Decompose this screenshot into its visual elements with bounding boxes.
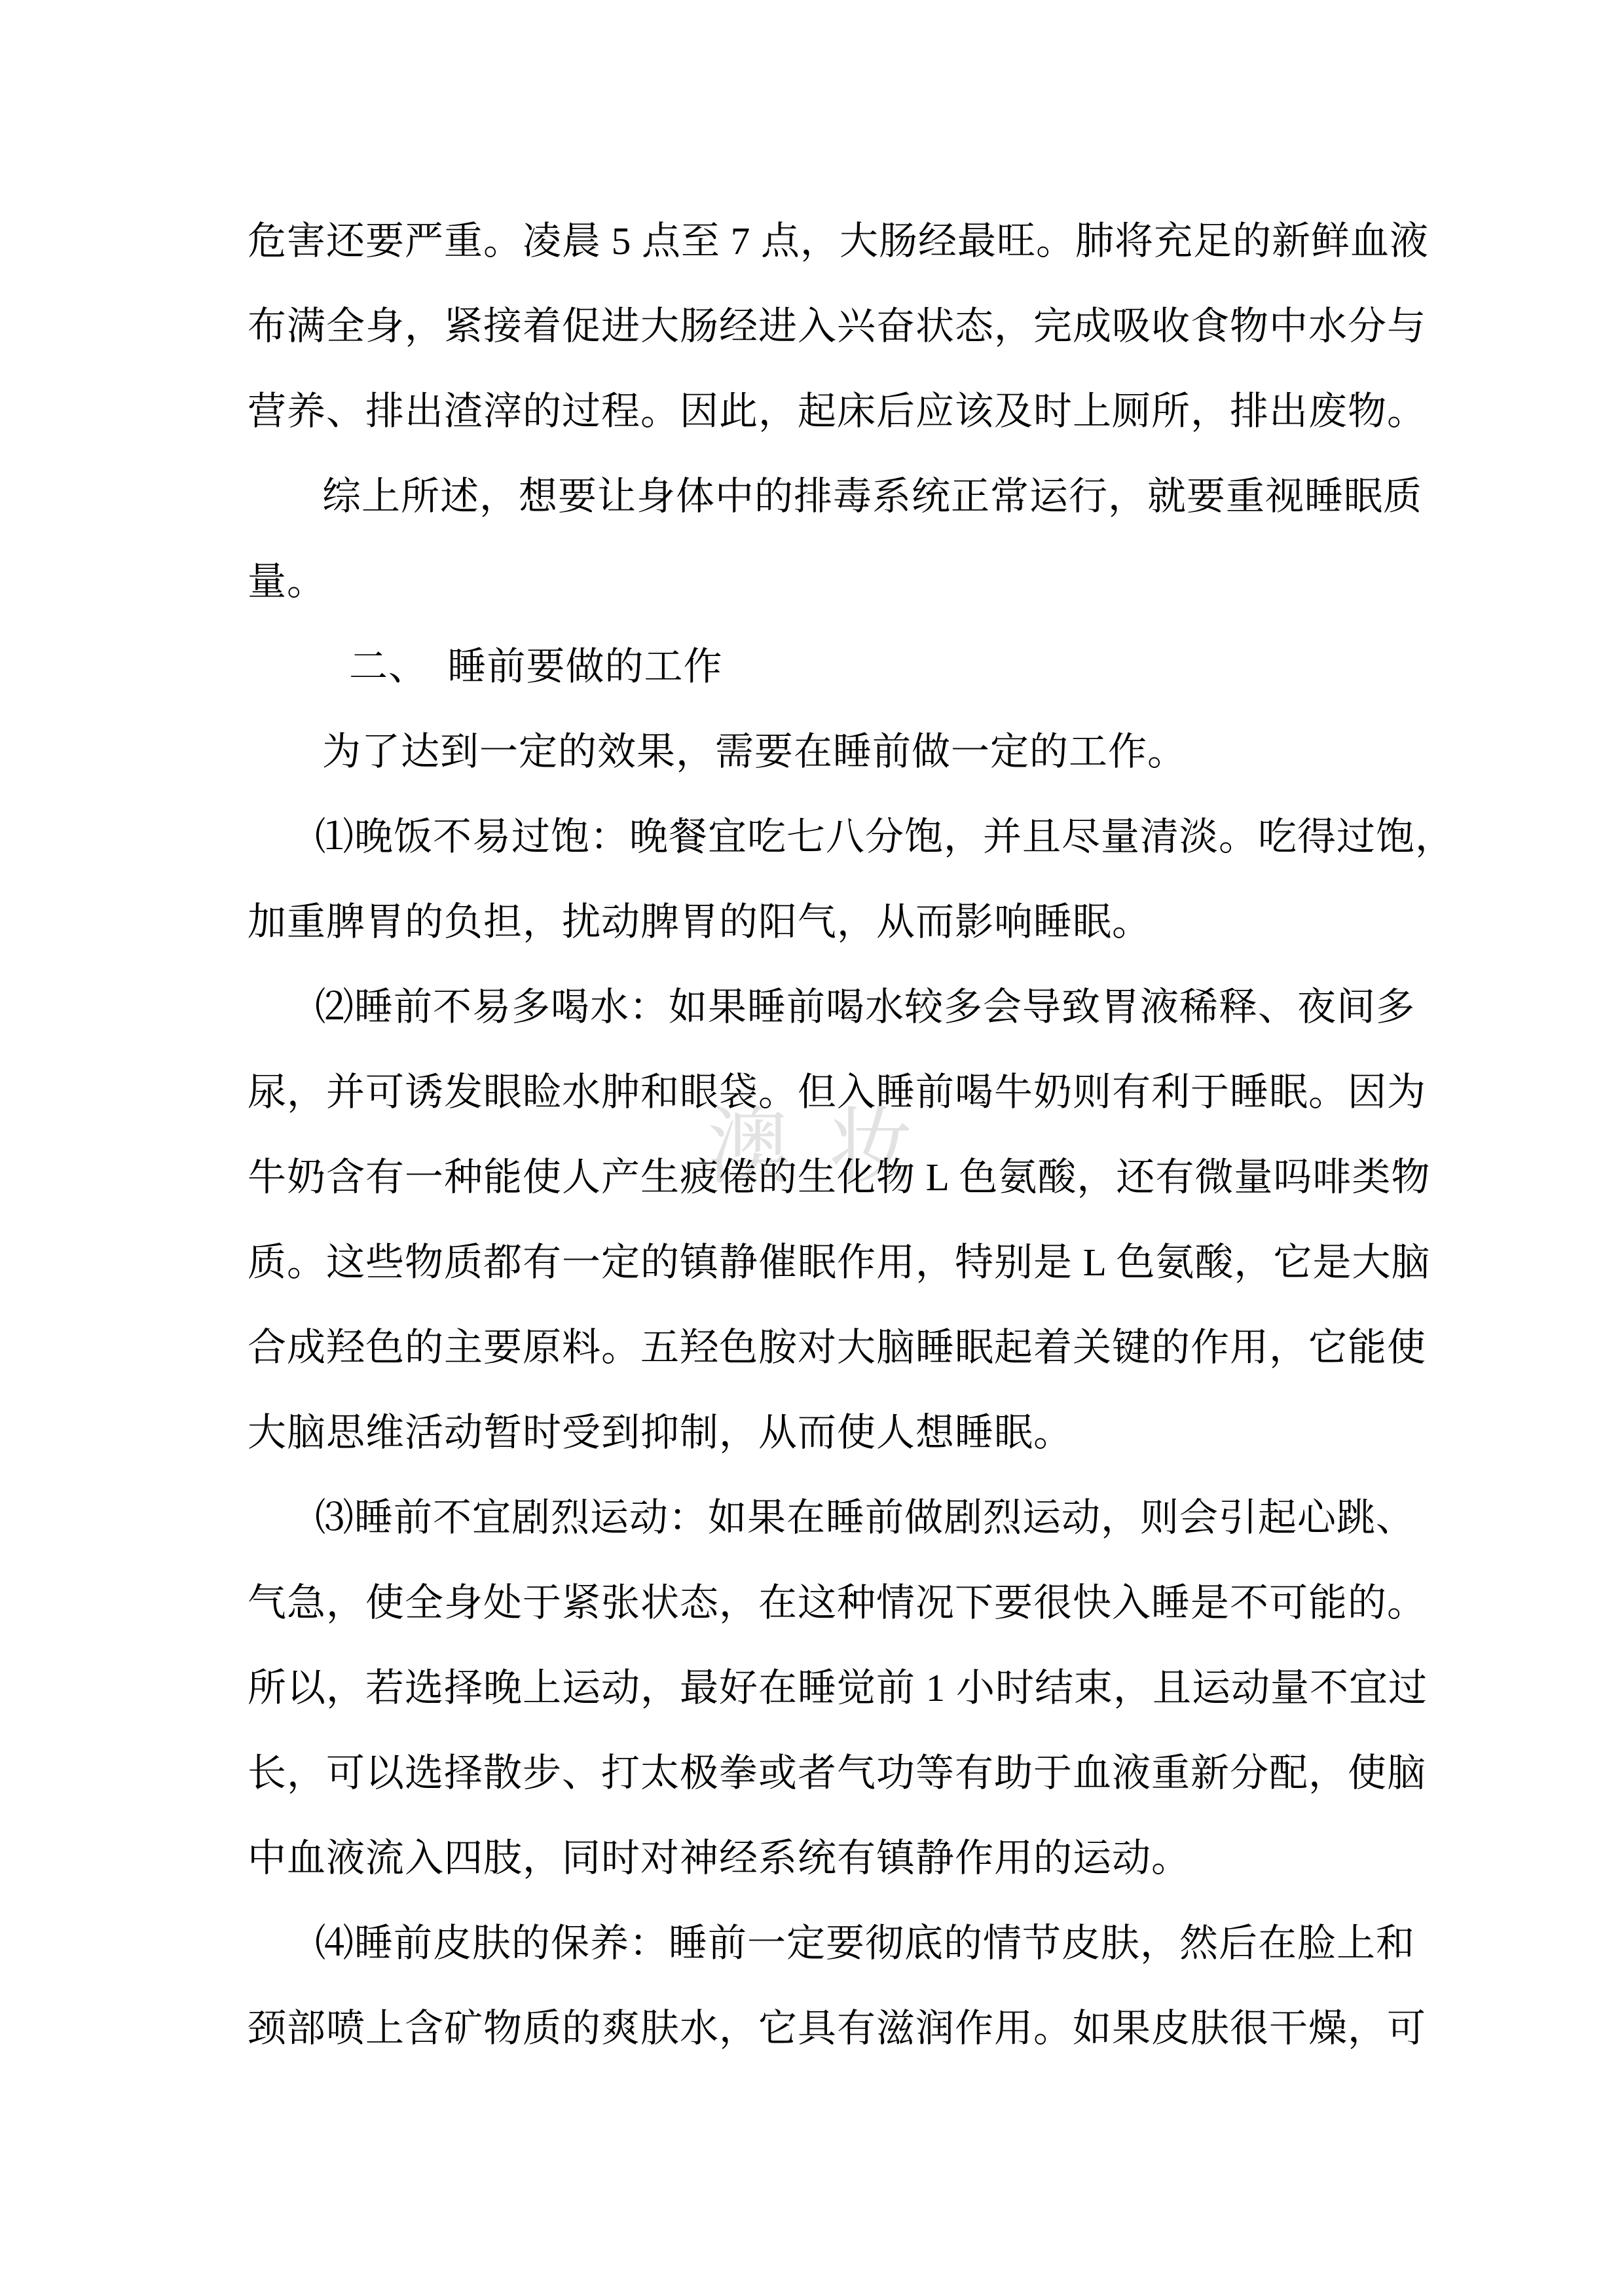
text-line: 大脑思维活动暂时受到抑制，从而使人想睡眠。 bbox=[248, 1390, 1380, 1475]
text-line: 合成羟色的主要原料。五羟色胺对大脑睡眠起着关键的作用，它能使 bbox=[248, 1305, 1380, 1390]
text-line: 布满全身，紧接着促进大肠经进入兴奋状态，完成吸收食物中水分与 bbox=[248, 283, 1380, 369]
text-line: 危害还要严重。凌晨 5 点至 7 点，大肠经最旺。肺将充足的新鲜血液 bbox=[248, 198, 1380, 283]
text-line: 量。 bbox=[248, 539, 1380, 624]
text-line: 尿，并可诱发眼睑水肿和眼袋。但入睡前喝牛奶则有利于睡眠。因为 bbox=[248, 1049, 1380, 1135]
text-line: ⑵睡前不易多喝水：如果睡前喝水较多会导致胃液稀释、夜间多 bbox=[248, 964, 1380, 1049]
text-line: 长，可以选择散步、打太极拳或者气功等有助于血液重新分配，使脑 bbox=[248, 1730, 1380, 1815]
text-line: 所以，若选择晚上运动，最好在睡觉前 1 小时结束，且运动量不宜过 bbox=[248, 1645, 1380, 1730]
document-page: 澳妆 危害还要严重。凌晨 5 点至 7 点，大肠经最旺。肺将充足的新鲜血液 布满… bbox=[0, 0, 1624, 2296]
text-line: 颈部喷上含矿物质的爽肤水，它具有滋润作用。如果皮肤很干燥，可 bbox=[248, 1986, 1380, 2071]
text-line: 加重脾胃的负担，扰动脾胃的阳气，从而影响睡眠。 bbox=[248, 879, 1380, 964]
section-heading: 二、 睡前要做的工作 bbox=[248, 624, 1380, 709]
text-line: 综上所述，想要让身体中的排毒系统正常运行，就要重视睡眠质 bbox=[248, 454, 1380, 539]
text-line: 牛奶含有一种能使人产生疲倦的生化物 L 色氨酸，还有微量吗啡类物 bbox=[248, 1135, 1380, 1220]
text-line: ⑷睡前皮肤的保养：睡前一定要彻底的情节皮肤，然后在脸上和 bbox=[248, 1901, 1380, 1986]
text-line: 气急，使全身处于紧张状态，在这种情况下要很快入睡是不可能的。 bbox=[248, 1560, 1380, 1645]
text-line: ⑶睡前不宜剧烈运动：如果在睡前做剧烈运动，则会引起心跳、 bbox=[248, 1475, 1380, 1560]
text-line: 中血液流入四肢，同时对神经系统有镇静作用的运动。 bbox=[248, 1815, 1380, 1901]
text-line: 质。这些物质都有一定的镇静催眠作用，特别是 L 色氨酸，它是大脑 bbox=[248, 1220, 1380, 1305]
text-line: 营养、排出渣滓的过程。因此，起床后应该及时上厕所，排出废物。 bbox=[248, 369, 1380, 454]
text-line: ⑴晚饭不易过饱：晚餐宜吃七八分饱，并且尽量清淡。吃得过饱， bbox=[248, 794, 1380, 879]
document-body: 危害还要严重。凌晨 5 点至 7 点，大肠经最旺。肺将充足的新鲜血液 布满全身，… bbox=[248, 198, 1380, 2071]
text-line: 为了达到一定的效果，需要在睡前做一定的工作。 bbox=[248, 709, 1380, 794]
